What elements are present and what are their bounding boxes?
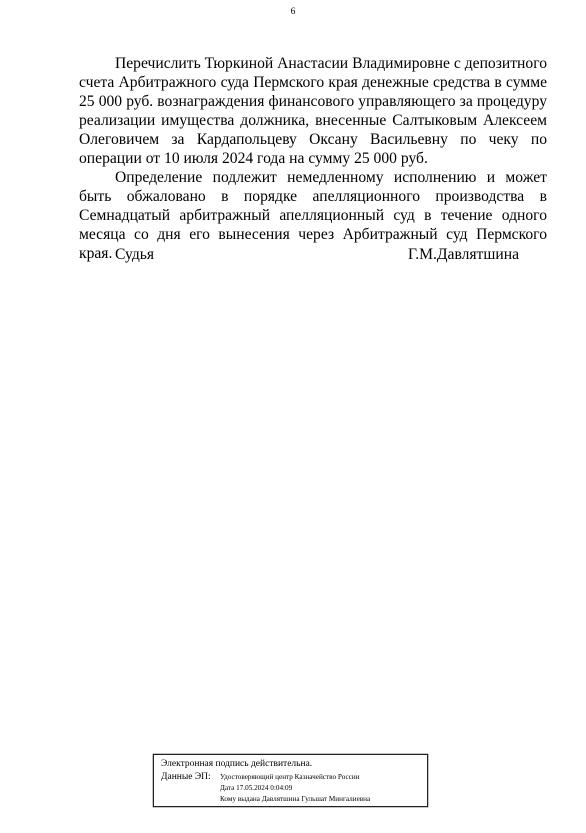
esign-status: Электронная подпись действительна.: [161, 758, 312, 770]
esign-data-label: Данные ЭП:: [161, 771, 211, 783]
esign-details: Удостоверяющий центр Казначейство России…: [220, 772, 370, 805]
esign-date: Дата 17.05.2024 0:04:09: [220, 783, 370, 794]
esign-issuer: Удостоверяющий центр Казначейство России: [220, 772, 370, 783]
paragraph-payment-order: Перечислить Тюркиной Анастасии Владимиро…: [79, 54, 547, 168]
page-number: 6: [0, 6, 586, 18]
document-body: Перечислить Тюркиной Анастасии Владимиро…: [79, 54, 547, 263]
esign-issued-to: Кому выдана Давлятшина Гульшат Мингалиев…: [220, 794, 370, 805]
judge-name: Г.М.Давлятшина: [408, 245, 519, 264]
judge-title: Судья: [115, 245, 154, 264]
electronic-signature-stamp: Электронная подпись действительна. Данны…: [153, 754, 428, 807]
